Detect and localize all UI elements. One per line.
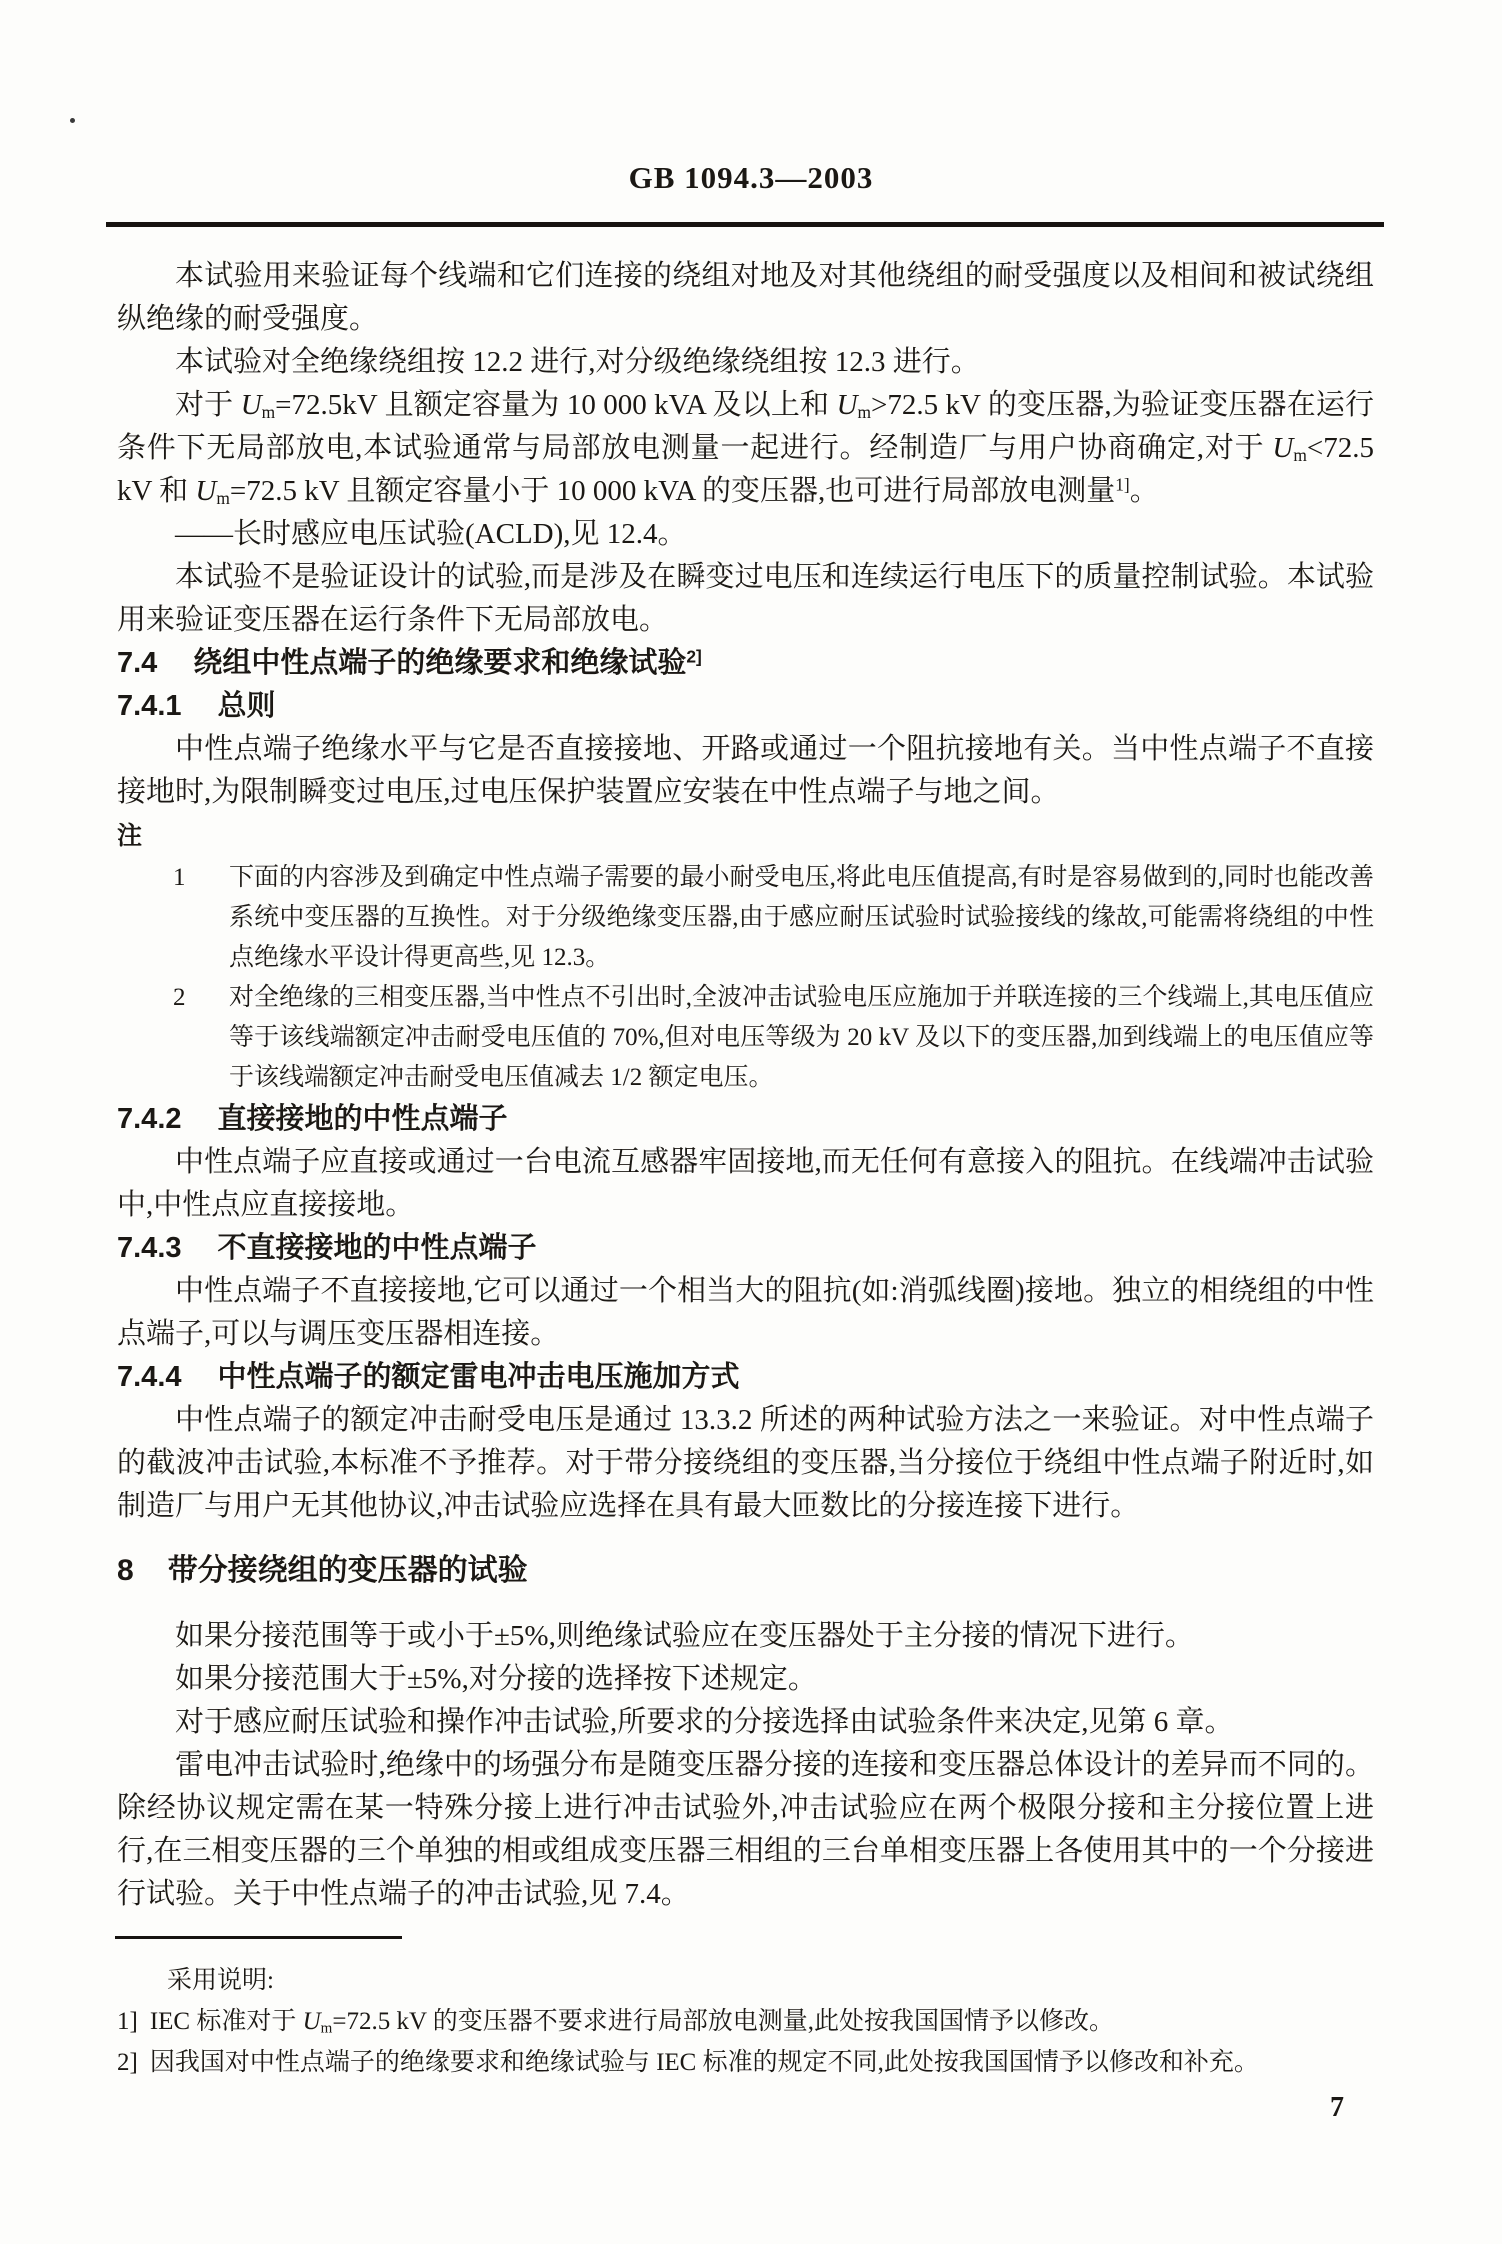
heading-number: 7.4.1 [117,690,182,722]
footnote-1: 1]IEC 标准对于 Um=72.5 kV 的变压器不要求进行局部放电测量,此处… [117,2001,1407,2042]
heading-number: 8 [117,1554,134,1587]
footnotes-area: 采用说明: 1]IEC 标准对于 Um=72.5 kV 的变压器不要求进行局部放… [117,1960,1407,2083]
notes-label: 注 [117,814,1374,858]
heading-7-4-1: 7.4.1总则 [117,685,1374,728]
heading-title: 不直接接地的中性点端子 [218,1232,537,1264]
footnote-separator [115,1936,402,1939]
heading-title: 中性点端子的额定雷电冲击电压施加方式 [218,1361,740,1393]
heading-8: 8带分接绕组的变压器的试验 [117,1549,1374,1592]
heading-number: 7.4.3 [117,1232,182,1264]
heading-7-4-2: 7.4.2直接接地的中性点端子 [117,1098,1374,1141]
paragraph-induced-switching-tap: 对于感应耐压试验和操作冲击试验,所要求的分接选择由试验条件来决定,见第 6 章。 [117,1701,1374,1744]
notes-block: 注 1下面的内容涉及到确定中性点端子需要的最小耐受电压,将此电压值提高,有时是容… [117,814,1374,1098]
paragraph-tap-range-over-5pct: 如果分接范围大于±5%,对分接的选择按下述规定。 [117,1658,1374,1701]
heading-7-4-4: 7.4.4中性点端子的额定雷电冲击电压施加方式 [117,1356,1374,1399]
heading-number: 7.4.4 [117,1361,182,1393]
paragraph-lightning-impulse-tap: 雷电冲击试验时,绝缘中的场强分布是随变压器分接的连接和变压器总体设计的差异而不同… [117,1744,1374,1916]
note-text: 下面的内容涉及到确定中性点端子需要的最小耐受电压,将此电压值提高,有时是容易做到… [229,864,1374,971]
paragraph-acld-reference: ——长时感应电压试验(ACLD),见 12.4。 [117,513,1374,556]
header-rule [106,222,1384,227]
heading-title: 带分接绕组的变压器的试验 [168,1554,528,1587]
heading-7-4: 7.4绕组中性点端子的绝缘要求和绝缘试验2] [117,642,1374,685]
paragraph-non-earthed-neutral: 中性点端子不直接接地,它可以通过一个相当大的阻抗(如:消弧线圈)接地。独立的相绕… [117,1270,1374,1356]
footnote-marker: 1] [117,2008,138,2035]
paragraph-test-procedure: 本试验对全绝缘绕组按 12.2 进行,对分级绝缘绕组按 12.3 进行。 [117,341,1374,384]
footnote-marker: 2] [117,2049,138,2076]
heading-7-4-3: 7.4.3不直接接地的中性点端子 [117,1227,1374,1270]
paragraph-impulse-application: 中性点端子的额定冲击耐受电压是通过 13.3.2 所述的两种试验方法之一来验证。… [117,1399,1374,1528]
heading-title: 总则 [218,690,276,722]
document-body: 本试验用来验证每个线端和它们连接的绕组对地及对其他绕组的耐受强度以及相间和被试绕… [117,255,1374,1916]
heading-title: 直接接地的中性点端子 [218,1103,508,1135]
paragraph-neutral-insulation-level: 中性点端子绝缘水平与它是否直接接地、开路或通过一个阻抗接地有关。当中性点端子不直… [117,728,1374,814]
paragraph-test-purpose: 本试验用来验证每个线端和它们连接的绕组对地及对其他绕组的耐受强度以及相间和被试绕… [117,255,1374,341]
standard-code: GB 1094.3—2003 [0,160,1502,196]
footnote-text: IEC 标准对于 Um=72.5 kV 的变压器不要求进行局部放电测量,此处按我… [150,2008,1114,2035]
note-item-2: 2对全绝缘的三相变压器,当中性点不引出时,全波冲击试验电压应施加于并联连接的三个… [117,978,1374,1098]
note-item-1: 1下面的内容涉及到确定中性点端子需要的最小耐受电压,将此电压值提高,有时是容易做… [117,858,1374,978]
note-text: 对全绝缘的三相变压器,当中性点不引出时,全波冲击试验电压应施加于并联连接的三个线… [229,984,1374,1091]
heading-title: 绕组中性点端子的绝缘要求和绝缘试验2] [193,647,701,679]
scan-speck [70,118,75,123]
page-number: 7 [1330,2092,1344,2124]
heading-number: 7.4 [117,647,157,679]
footnotes-label: 采用说明: [167,1960,1407,2001]
note-number: 1 [173,858,186,898]
paragraph-partial-discharge: 对于 Um=72.5kV 且额定容量为 10 000 kVA 及以上和 Um>7… [117,384,1374,513]
note-number: 2 [173,978,186,1018]
paragraph-solidly-earthed-neutral: 中性点端子应直接或通过一台电流互感器牢固接地,而无任何有意接入的阻抗。在线端冲击… [117,1141,1374,1227]
paragraph-quality-control: 本试验不是验证设计的试验,而是涉及在瞬变过电压和连续运行电压下的质量控制试验。本… [117,556,1374,642]
paragraph-tap-range-within-5pct: 如果分接范围等于或小于±5%,则绝缘试验应在变压器处于主分接的情况下进行。 [117,1615,1374,1658]
footnote-text: 因我国对中性点端子的绝缘要求和绝缘试验与 IEC 标准的规定不同,此处按我国国情… [150,2049,1259,2076]
document-page: GB 1094.3—2003 本试验用来验证每个线端和它们连接的绕组对地及对其他… [0,0,1502,2244]
heading-number: 7.4.2 [117,1103,182,1135]
footnote-2: 2]因我国对中性点端子的绝缘要求和绝缘试验与 IEC 标准的规定不同,此处按我国… [117,2042,1407,2083]
